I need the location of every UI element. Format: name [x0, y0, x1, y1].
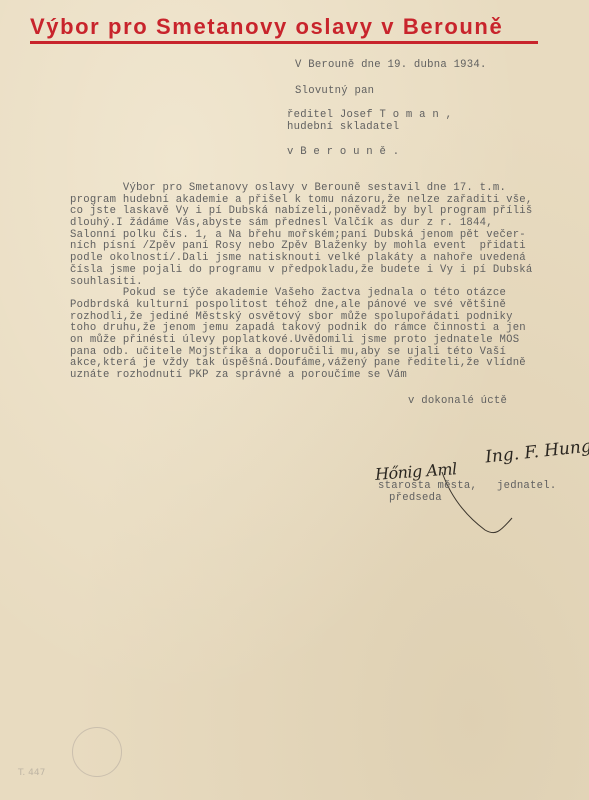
chairman-role: předseda — [389, 493, 442, 505]
salutation: Slovutný pan — [295, 86, 374, 98]
addressee-name: ředitel Josef T o m a n , — [287, 110, 452, 122]
addressee-city: v B e r o u n ě . — [287, 147, 399, 159]
pencil-archive-note: T. 447 — [18, 768, 45, 778]
body-line: dlouhý.I žádáme Vás,abyste sám přednesl … — [70, 218, 533, 230]
body-line: on může přinésti úlevy poplatkové.Uvědom… — [70, 335, 533, 347]
letter-body: Výbor pro Smetanovy oslavy v Berouně ses… — [70, 183, 533, 382]
letterhead-underline — [30, 41, 538, 44]
letter-date: V Berouně dne 19. dubna 1934. — [295, 60, 487, 72]
letterhead-title: Výbor pro Smetanovy oslavy v Berouně — [30, 14, 503, 40]
faded-stamp-icon — [72, 727, 122, 777]
body-line: Výbor pro Smetanovy oslavy v Berouně ses… — [70, 183, 533, 195]
addressee-profession: hudební skladatel — [287, 122, 399, 134]
body-line: uznáte rozhodnutí PKP za správné a porou… — [70, 370, 533, 382]
body-line: čísla jsme pojali do programu v předpokl… — [70, 265, 533, 277]
chairman-title: starosta města, — [378, 481, 477, 493]
closing-formula: v dokonalé úctě — [408, 396, 507, 408]
body-line: Podbrdská kulturní pospolitost téhož dne… — [70, 300, 533, 312]
secretary-title: jednatel. — [497, 481, 556, 493]
